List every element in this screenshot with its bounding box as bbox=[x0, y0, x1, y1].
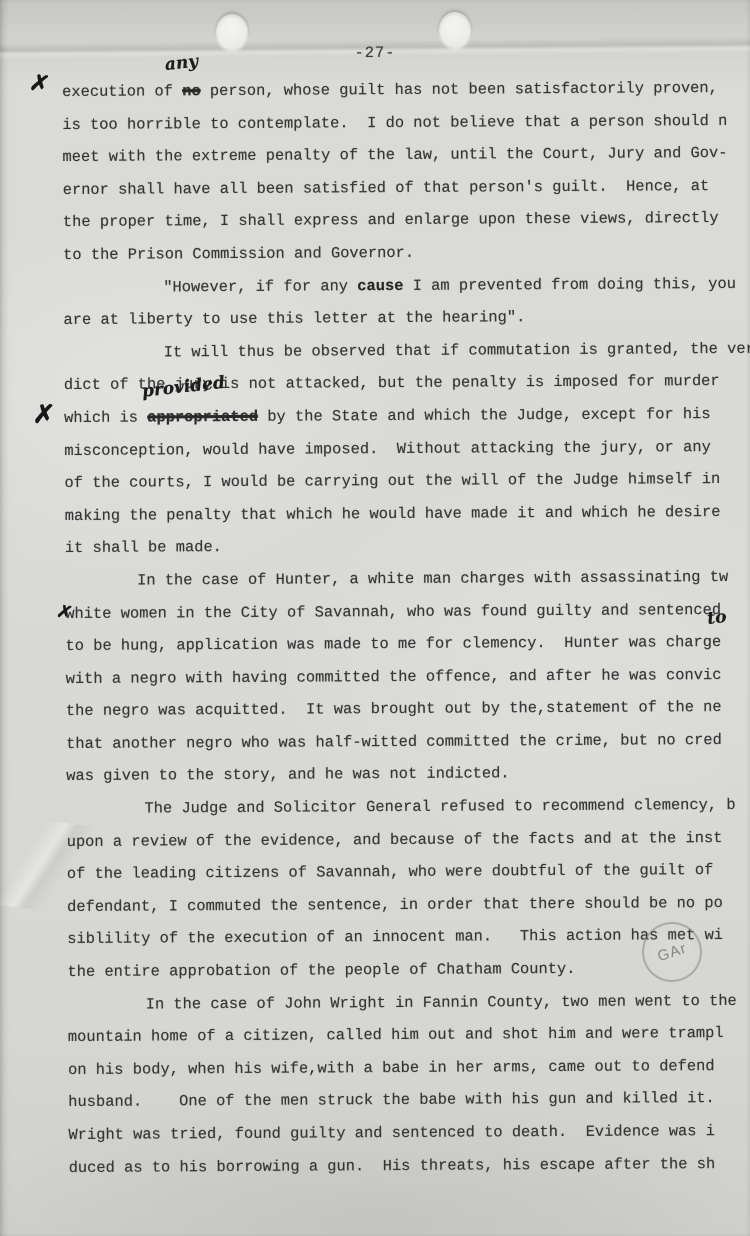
typewritten-text: person, whose guilt has not been satisfa… bbox=[201, 79, 718, 100]
document-line: The Judge and Solicitor General refused … bbox=[66, 789, 750, 826]
document-line: duced as to his borrowing a gun. His thr… bbox=[69, 1147, 750, 1184]
document-line: the negro was acquitted. It was brought … bbox=[66, 691, 750, 728]
struck-word: appropriated bbox=[147, 408, 258, 427]
typewritten-text: husband. One of the men struck the babe … bbox=[68, 1089, 715, 1111]
document-line: ernor shall have all been satisfied of t… bbox=[63, 169, 750, 206]
typewritten-text: I am prevented from doing this, you bbox=[403, 274, 736, 294]
document-line: to the Prison Commission and Governor. bbox=[63, 235, 750, 272]
document-lines: execution of no person, whose guilt has … bbox=[0, 72, 750, 1185]
document-line: husband. One of the men struck the babe … bbox=[68, 1082, 750, 1119]
document-line: upon a review of the evidence, and becau… bbox=[67, 821, 750, 858]
struck-word: no bbox=[182, 82, 201, 100]
document-line: of the leading citizens of Savannah, who… bbox=[67, 854, 750, 891]
typewritten-text: it shall be made. bbox=[65, 538, 222, 557]
typewritten-text: the entire approbation of the people of … bbox=[67, 960, 575, 981]
document-line: which is appropriated by the State and w… bbox=[64, 398, 750, 435]
typewritten-text: making the penalty that which he would h… bbox=[65, 503, 721, 525]
page-number: -27- bbox=[0, 44, 750, 62]
document-line: In the case of Hunter, a white man charg… bbox=[65, 561, 750, 598]
archive-stamp-text: GAr bbox=[655, 939, 688, 964]
document-line: are at liberty to use this letter at the… bbox=[63, 300, 750, 337]
typewritten-text: In the case of Hunter, a white man charg… bbox=[137, 568, 728, 590]
typewritten-text: of the leading citizens of Savannah, who… bbox=[67, 861, 714, 883]
typewritten-text: upon a review of the evidence, and becau… bbox=[67, 829, 723, 851]
typewritten-text: Wright was tried, found guilty and sente… bbox=[68, 1122, 715, 1144]
typewritten-text: are at liberty to use this letter at the… bbox=[63, 308, 525, 329]
document-line: mountain home of a citizen, called him o… bbox=[68, 1017, 750, 1054]
document-line: execution of no person, whose guilt has … bbox=[62, 72, 750, 109]
typewritten-text: which is bbox=[64, 408, 147, 427]
punch-hole bbox=[439, 12, 471, 48]
typewritten-text: to the Prison Commission and Governor. bbox=[63, 244, 414, 264]
document-line: to be hung, application was made to me f… bbox=[65, 626, 750, 663]
typewritten-text: meet with the extreme penalty of the law… bbox=[62, 144, 727, 166]
typewritten-text: to be hung, application was made to me f… bbox=[65, 633, 721, 655]
typewritten-text: "However, if for any bbox=[163, 277, 357, 296]
document-line: Wright was tried, found guilty and sente… bbox=[68, 1115, 750, 1152]
document-line: "However, if for any cause I am prevente… bbox=[63, 267, 750, 304]
typewritten-text: It will thus be observed that if commuta… bbox=[164, 339, 750, 361]
document-line: meet with the extreme penalty of the law… bbox=[62, 137, 750, 174]
typewritten-text: is too horrible to contemplate. I do not… bbox=[62, 112, 727, 134]
typewritten-text: by the State and which the Judge, except… bbox=[258, 405, 711, 426]
document-line: was given to the story, and he was not i… bbox=[66, 756, 750, 793]
document-line: is too horrible to contemplate. I do not… bbox=[62, 104, 750, 141]
document-line: It will thus be observed that if commuta… bbox=[64, 332, 750, 369]
document-line: on his body, when his wife,with a babe i… bbox=[68, 1049, 750, 1086]
document-line: of the courts, I would be carrying out t… bbox=[64, 463, 750, 500]
typewritten-text: siblility of the execution of an innocen… bbox=[67, 926, 723, 948]
typewritten-text: The Judge and Solicitor General refused … bbox=[144, 796, 735, 818]
document-line: with a negro with having committed the o… bbox=[66, 658, 750, 695]
document-line: it shall be made. bbox=[65, 528, 750, 565]
typewritten-text: on his body, when his wife,with a babe i… bbox=[68, 1057, 715, 1079]
document-line: white women in the City of Savannah, who… bbox=[65, 593, 750, 630]
typewritten-text: In the case of John Wright in Fannin Cou… bbox=[146, 992, 737, 1014]
typewritten-text: execution of bbox=[62, 82, 182, 101]
overtyped-word: cause bbox=[357, 276, 403, 294]
document-line: the proper time, I shall express and enl… bbox=[63, 202, 750, 239]
typewritten-text: duced as to his borrowing a gun. His thr… bbox=[69, 1155, 716, 1177]
typewritten-text: white women in the City of Savannah, who… bbox=[65, 600, 721, 622]
typewritten-text: of the courts, I would be carrying out t… bbox=[64, 470, 720, 492]
typewritten-text: with a negro with having committed the o… bbox=[66, 666, 722, 688]
typewritten-text: ernor shall have all been satisfied of t… bbox=[63, 177, 710, 199]
typewritten-text: the negro was acquitted. It was brought … bbox=[66, 698, 722, 720]
typewritten-text: that another negro who was half-witted c… bbox=[66, 731, 722, 753]
typewritten-text: the proper time, I shall express and enl… bbox=[63, 209, 719, 231]
margin-check-mark: ✗ bbox=[32, 399, 56, 430]
typewritten-text: mountain home of a citizen, called him o… bbox=[68, 1024, 724, 1046]
document-line: that another negro who was half-witted c… bbox=[66, 723, 750, 760]
typewritten-text: defendant, I commuted the sentence, in o… bbox=[67, 894, 723, 916]
document-line: defendant, I commuted the sentence, in o… bbox=[67, 886, 750, 923]
document-line: misconception, would have imposed. Witho… bbox=[64, 430, 750, 467]
document-line: In the case of John Wright in Fannin Cou… bbox=[68, 984, 750, 1021]
typewritten-text: was given to the story, and he was not i… bbox=[66, 765, 509, 786]
document-line: making the penalty that which he would h… bbox=[65, 495, 750, 532]
scanned-document-page: -27- execution of no person, whose guilt… bbox=[0, 0, 750, 1236]
handwritten-annotation: any bbox=[164, 53, 199, 74]
handwritten-annotation: to bbox=[706, 609, 727, 628]
typewritten-text: misconception, would have imposed. Witho… bbox=[64, 438, 711, 460]
